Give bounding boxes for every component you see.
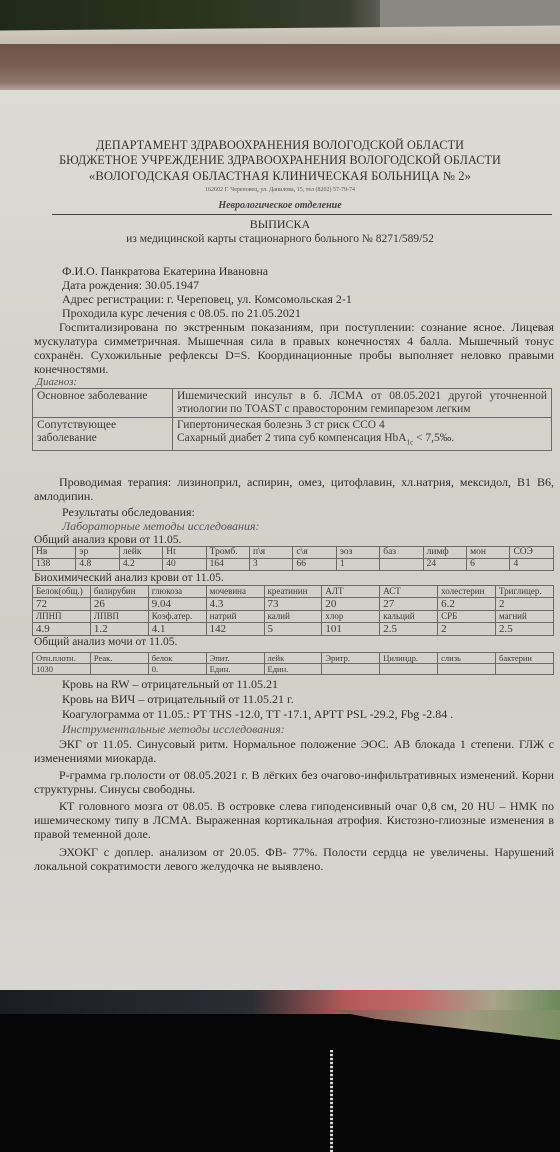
cbc-title: Общий анализ крови от 11.05. xyxy=(34,533,548,547)
biochem-header-cell: СРБ xyxy=(438,611,496,623)
results-heading: Результаты обследования: xyxy=(37,505,551,519)
diagnosis-text: Ишемический инсульт в б. ЛСМА от 08.05.2… xyxy=(173,389,552,418)
cbc-header-cell: СОЭ xyxy=(510,547,554,559)
biochem-header-cell: Белок(общ.) xyxy=(33,586,91,598)
cbc-header-cell: п\я xyxy=(250,547,293,559)
biochem-value-cell: 6.2 xyxy=(438,598,496,611)
header-department: ДЕПАРТАМЕНТ ЗДРАВООХРАНЕНИЯ ВОЛОГОДСКОЙ … xyxy=(0,138,560,153)
biochem-value-cell: 5 xyxy=(264,623,322,636)
cbc-header-cell: баз xyxy=(380,547,423,559)
cbc-header-cell: лимф xyxy=(423,547,466,559)
biochem-header-row-1: Белок(общ.)билирубинглюкозамочевинакреат… xyxy=(33,586,554,598)
biochem-header-cell: Триглицер. xyxy=(496,586,554,598)
cbc-value-cell: 4 xyxy=(510,559,554,571)
biochem-header-cell: глюкоза xyxy=(148,586,206,598)
cbc-value-cell: 6 xyxy=(467,559,510,571)
patient-birthdate: Дата рождения: 30.05.1947 xyxy=(37,278,551,292)
ecg-result: ЭКГ от 11.05. Синусовый ритм. Нормальное… xyxy=(34,737,554,765)
cbc-header-cell: Нв xyxy=(33,547,76,559)
cbc-header-cell: с\я xyxy=(293,547,336,559)
biochem-value-cell: 27 xyxy=(380,598,438,611)
header-address: 162602 Г. Череповец, ул. Данилова, 15, т… xyxy=(0,187,560,193)
cbc-value-cell: 4.2 xyxy=(119,559,162,571)
urine-value-cell: Един. xyxy=(264,664,322,675)
coagulogram: Коагулограмма от 11.05.: PT THS -12.0, T… xyxy=(37,707,557,721)
photo-background-wood xyxy=(0,44,560,92)
biochem-title: Биохимический анализ крови от 11.05. xyxy=(34,571,548,585)
biochem-value-cell: 101 xyxy=(322,623,380,636)
urine-value-row: 10300.Един.Един. xyxy=(33,664,554,675)
biochem-value-cell: 4.1 xyxy=(148,623,206,636)
cbc-header-row: НвэрлейкНtТромб.п\яс\яэозбазлимфмонСОЭ xyxy=(33,547,554,559)
urine-title: Общий анализ мочи от 11.05. xyxy=(34,635,548,649)
biochem-header-cell: кальций xyxy=(380,611,438,623)
cbc-header-cell: эр xyxy=(76,547,119,559)
urine-table: Отн.плотн.Реак.белокЭпит.лейкЭритр.Цилин… xyxy=(32,652,554,675)
biochem-value-cell: 2 xyxy=(438,623,496,636)
patient-address: Адрес регистрации: г. Череповец, ул. Ком… xyxy=(37,292,551,306)
ct-result: КТ головного мозга от 08.05. В островке … xyxy=(34,799,554,841)
diagnosis-row-main: Основное заболевание Ишемический инсульт… xyxy=(33,389,552,418)
biochem-table: Белок(общ.)билирубинглюкозамочевинакреат… xyxy=(32,585,554,636)
diagnosis-text: Гипертоническая болезнь 3 ст риск ССО 4 … xyxy=(173,418,552,451)
biochem-value-cell: 2 xyxy=(496,598,554,611)
cbc-header-cell: лейк xyxy=(119,547,162,559)
cbc-value-cell: 66 xyxy=(293,559,336,571)
comorbid-diabetes: Сахарный диабет 2 типа суб компенсация H… xyxy=(177,432,547,449)
treatment-period: Проходила курс лечения с 08.05. по 21.05… xyxy=(37,306,551,320)
cbc-value-row: 1384.84.24016436612464 xyxy=(33,559,554,571)
header-divider xyxy=(52,214,552,215)
cbc-header-cell: Нt xyxy=(163,547,206,559)
xray-result: Р-грамма гр.полости от 08.05.2021 г. В л… xyxy=(34,768,554,796)
urine-value-cell xyxy=(90,664,148,675)
cbc-table: НвэрлейкНtТромб.п\яс\яэозбазлимфмонСОЭ 1… xyxy=(32,546,554,571)
cbc-value-cell: 1 xyxy=(336,559,379,571)
urine-value-cell: 1030 xyxy=(33,664,91,675)
biochem-value-cell: 2.5 xyxy=(496,623,554,636)
biochem-header-cell: натрий xyxy=(206,611,264,623)
biochem-value-cell: 2.5 xyxy=(380,623,438,636)
urine-header-cell: Цилиндр. xyxy=(380,653,438,664)
biochem-value-row-2: 4.91.24.114251012.522.5 xyxy=(33,623,554,636)
urine-header-cell: Отн.плотн. xyxy=(33,653,91,664)
biochem-value-cell: 142 xyxy=(206,623,264,636)
cbc-value-cell xyxy=(380,559,423,571)
biochem-header-cell: калий xyxy=(264,611,322,623)
urine-header-cell: слизь xyxy=(438,653,496,664)
biochem-value-cell: 4.3 xyxy=(206,598,264,611)
header-hospital-name: «ВОЛОГОДСКАЯ ОБЛАСТНАЯ КЛИНИЧЕСКАЯ БОЛЬН… xyxy=(0,169,560,184)
zipper xyxy=(330,1050,333,1152)
admission-status: Госпитализирована по экстренным показани… xyxy=(34,320,554,376)
biochem-header-cell: АЛТ xyxy=(322,586,380,598)
urine-header-cell: Эритр. xyxy=(322,653,380,664)
hiv-test: Кровь на ВИЧ – отрицательный от 11.05.21… xyxy=(37,692,551,706)
urine-header-cell: лейк xyxy=(264,653,322,664)
diagnosis-type: Сопутствующее заболевание xyxy=(33,418,173,451)
urine-value-cell xyxy=(322,664,380,675)
cbc-value-cell: 164 xyxy=(206,559,249,571)
diabetes-text: Сахарный диабет 2 типа суб компенсация H… xyxy=(177,432,407,444)
hba1c-threshold: < 7,5‰. xyxy=(413,432,454,444)
biochem-header-cell: хлор xyxy=(322,611,380,623)
biochem-header-cell: креатинин xyxy=(264,586,322,598)
instrumental-heading: Инструментальные методы исследования: xyxy=(37,722,551,736)
patient-name: Ф.И.О. Панкратова Екатерина Ивановна xyxy=(37,264,551,278)
biochem-header-cell: ЛПВП xyxy=(90,611,148,623)
biochem-header-cell: магний xyxy=(496,611,554,623)
urine-value-cell xyxy=(438,664,496,675)
cbc-value-cell: 24 xyxy=(423,559,466,571)
cbc-header-cell: Тромб. xyxy=(206,547,249,559)
biochem-value-cell: 9.04 xyxy=(148,598,206,611)
biochem-value-cell: 20 xyxy=(322,598,380,611)
lab-methods-heading: Лабораторные методы исследования: xyxy=(37,519,551,533)
comorbid-hypertension: Гипертоническая болезнь 3 ст риск ССО 4 xyxy=(177,419,547,432)
biochem-value-cell: 26 xyxy=(90,598,148,611)
therapy-text: Проводимая терапия: лизиноприл, аспирин,… xyxy=(34,475,554,503)
biochem-header-cell: Коэф.атер. xyxy=(148,611,206,623)
cbc-header-cell: мон xyxy=(467,547,510,559)
cbc-value-cell: 138 xyxy=(33,559,76,571)
urine-header-cell: Реак. xyxy=(90,653,148,664)
biochem-value-row-1: 72269.044.37320276.22 xyxy=(33,598,554,611)
discharge-document: ДЕПАРТАМЕНТ ЗДРАВООХРАНЕНИЯ ВОЛОГОДСКОЙ … xyxy=(0,90,560,990)
biochem-header-cell: ЛПНП xyxy=(33,611,91,623)
urine-value-cell xyxy=(380,664,438,675)
document-subtitle: из медицинской карты стационарного больн… xyxy=(0,233,560,245)
urine-value-cell xyxy=(496,664,554,675)
urine-header-cell: белок xyxy=(148,653,206,664)
biochem-header-cell: холестерин xyxy=(438,586,496,598)
biochem-header-row-2: ЛПНПЛПВПКоэф.атер.натрийкалийхлоркальций… xyxy=(33,611,554,623)
cbc-value-cell: 3 xyxy=(250,559,293,571)
biochem-value-cell: 1.2 xyxy=(90,623,148,636)
cbc-value-cell: 40 xyxy=(163,559,206,571)
urine-value-cell: Един. xyxy=(206,664,264,675)
diagnosis-table: Основное заболевание Ишемический инсульт… xyxy=(32,388,552,451)
biochem-value-cell: 72 xyxy=(33,598,91,611)
biochem-header-cell: АСТ xyxy=(380,586,438,598)
diagnosis-row-comorbid: Сопутствующее заболевание Гипертоническа… xyxy=(33,418,552,451)
header-ward: Неврологическое отделение xyxy=(0,200,560,211)
biochem-value-cell: 73 xyxy=(264,598,322,611)
rw-test: Кровь на RW – отрицательный от 11.05.21 xyxy=(37,677,551,691)
document-title: ВЫПИСКА xyxy=(0,217,560,232)
biochem-header-cell: мочевина xyxy=(206,586,264,598)
cbc-value-cell: 4.8 xyxy=(76,559,119,571)
urine-header-row: Отн.плотн.Реак.белокЭпит.лейкЭритр.Цилин… xyxy=(33,653,554,664)
biochem-header-cell: билирубин xyxy=(90,586,148,598)
cbc-header-cell: эоз xyxy=(336,547,379,559)
urine-header-cell: бактерии xyxy=(496,653,554,664)
urine-header-cell: Эпит. xyxy=(206,653,264,664)
biochem-value-cell: 4.9 xyxy=(33,623,91,636)
header-institution: БЮДЖЕТНОЕ УЧРЕЖДЕНИЕ ЗДРАВООХРАНЕНИЯ ВОЛ… xyxy=(0,153,560,168)
diagnosis-type: Основное заболевание xyxy=(33,389,173,418)
echo-result: ЭХОКГ с доплер. анализом от 20.05. ФВ- 7… xyxy=(34,845,554,873)
urine-value-cell: 0. xyxy=(148,664,206,675)
diagnosis-label: Диагноз: xyxy=(36,375,550,389)
